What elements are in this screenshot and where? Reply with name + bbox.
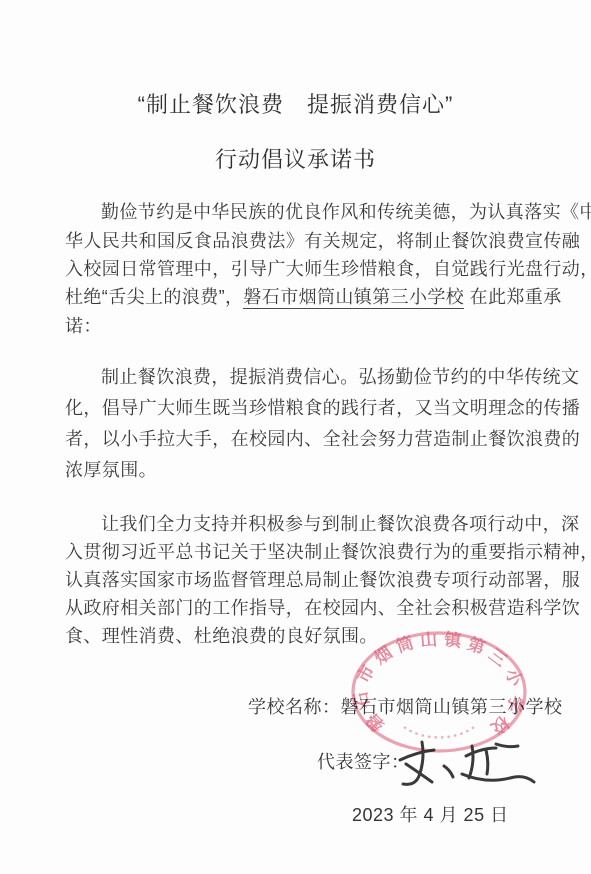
date-line: 2023 年 4 月 25 日 — [352, 806, 509, 824]
paragraph1-line3: 入校园日常管理中，引导广大师生珍惜粮食，自觉践行光盘行动， — [65, 260, 591, 278]
school-name-line: 学校名称：磐石市烟筒山镇第三小学校 — [248, 698, 563, 716]
paragraph3-line5: 食、理性消费、杜绝浪费的良好氛围。 — [65, 627, 378, 645]
paragraph3-line3: 认真落实国家市场监督管理总局制止餐饮浪费专项行动部署，服 — [65, 571, 580, 589]
paragraph1-line5: 诺： — [65, 317, 102, 335]
paragraph3-line1: 让我们全力支持并积极参与到制止餐饮浪费各项行动中，深 — [101, 515, 579, 533]
paragraph2-line4: 浓厚氛围。 — [65, 461, 157, 479]
paragraph3-line4: 从政府相关部门的工作指导，在校园内、全社会积极营造科学饮 — [65, 599, 580, 617]
paragraph2-line3: 者，以小手拉大手，在校园内、全社会努力营造制止餐饮浪费的 — [65, 430, 580, 448]
paragraph1-line4-suffix: 在此郑重承 — [464, 287, 561, 307]
official-school-seal-stamp: 磐石市烟筒山镇第三小学校 — [348, 628, 530, 758]
document-title-line1: “制止餐饮浪费 提振消费信心” — [0, 88, 591, 119]
document-title-line2: 行动倡议承诺书 — [0, 143, 591, 174]
school-name-underlined: 磐石市烟筒山镇第三小学校 — [243, 287, 464, 309]
paragraph2-line2: 化，倡导广大师生既当珍惜粮食的践行者，又当文明理念的传播 — [65, 399, 580, 417]
paragraph3-line2: 入贯彻习近平总书记关于坚决制止餐饮浪费行为的重要指示精神， — [65, 543, 591, 561]
handwritten-signature — [392, 736, 542, 794]
paragraph2-line1: 制止餐饮浪费，提振消费信心。弘扬勤俭节约的中华传统文 — [101, 368, 579, 386]
paragraph1-line4-prefix: 杜绝“舌尖上的浪费”， — [65, 287, 243, 307]
representative-signature-label: 代表签字： — [317, 753, 410, 771]
document-page: “制止餐饮浪费 提振消费信心” 行动倡议承诺书 勤俭节约是中华民族的优良作风和传… — [0, 0, 591, 874]
seal-code-marks — [404, 727, 474, 737]
seal-ring — [353, 633, 525, 751]
paragraph1-line2: 华人民共和国反食品浪费法》有关规定，将制止餐饮浪费宣传融 — [65, 232, 580, 250]
paragraph1-line1: 勤俭节约是中华民族的优良作风和传统美德，为认真落实《中 — [101, 203, 591, 221]
paragraph1-line4: 杜绝“舌尖上的浪费”，磐石市烟筒山镇第三小学校 在此郑重承 — [65, 288, 562, 306]
